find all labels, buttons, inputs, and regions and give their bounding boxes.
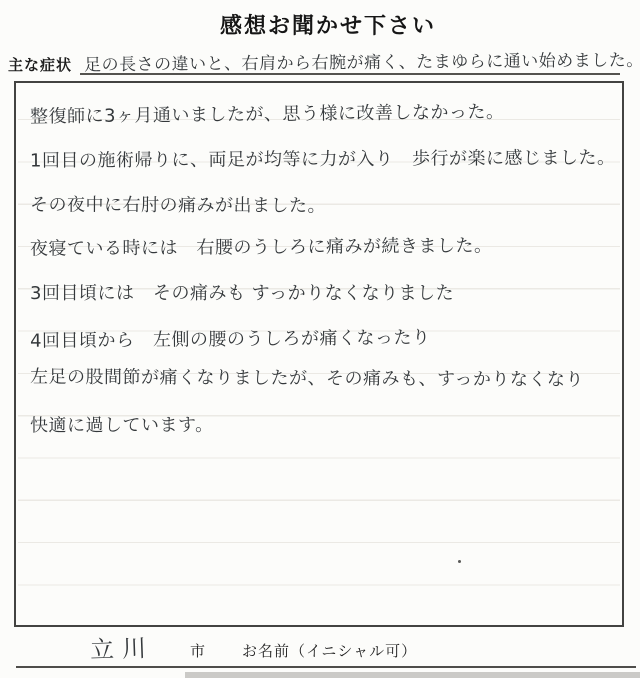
feedback-line: 1回目の施術帰りに、両足が均等に力が入り 歩行が楽に感じました。: [30, 143, 616, 172]
feedback-line: 整復師に3ヶ月通いましたが、思う様に改善しなかった。: [30, 98, 505, 129]
feedback-line: 3回目頃には その痛みも すっかりなくなりました: [30, 279, 454, 305]
signature-underline: [16, 666, 636, 668]
signature-city-handwritten: 立川: [89, 628, 154, 665]
ink-speck: [458, 560, 461, 563]
feedback-line: その夜中に右肘の痛みが出ました。: [30, 190, 326, 217]
feedback-line: 左足の股間節が痛くなりましたが、その痛みも、すっかりなくなり: [30, 363, 584, 392]
feedback-line: 4回目頃から 左側の腰のうしろが痛くなったり: [30, 323, 431, 352]
page-title: 感想お聞かせ下さい: [8, 9, 640, 40]
feedback-box: 整復師に3ヶ月通いましたが、思う様に改善しなかった。 1回目の施術帰りに、両足が…: [14, 81, 624, 627]
symptom-handwritten-value: 足の長さの違いと、右肩から右腕が痛く、たまゆらに通い始めました。: [84, 46, 640, 76]
symptom-underline: [80, 73, 620, 75]
city-suffix-label: 市: [190, 640, 206, 661]
feedback-line: 快適に過しています。: [30, 411, 214, 438]
symptom-label: 主な症状: [8, 54, 72, 75]
feedback-line: 夜寝ている時には 右腰のうしろに痛みが続きました。: [30, 231, 493, 260]
name-label: お名前（イニシャル可）: [242, 640, 417, 661]
scan-shadow: [185, 672, 640, 678]
